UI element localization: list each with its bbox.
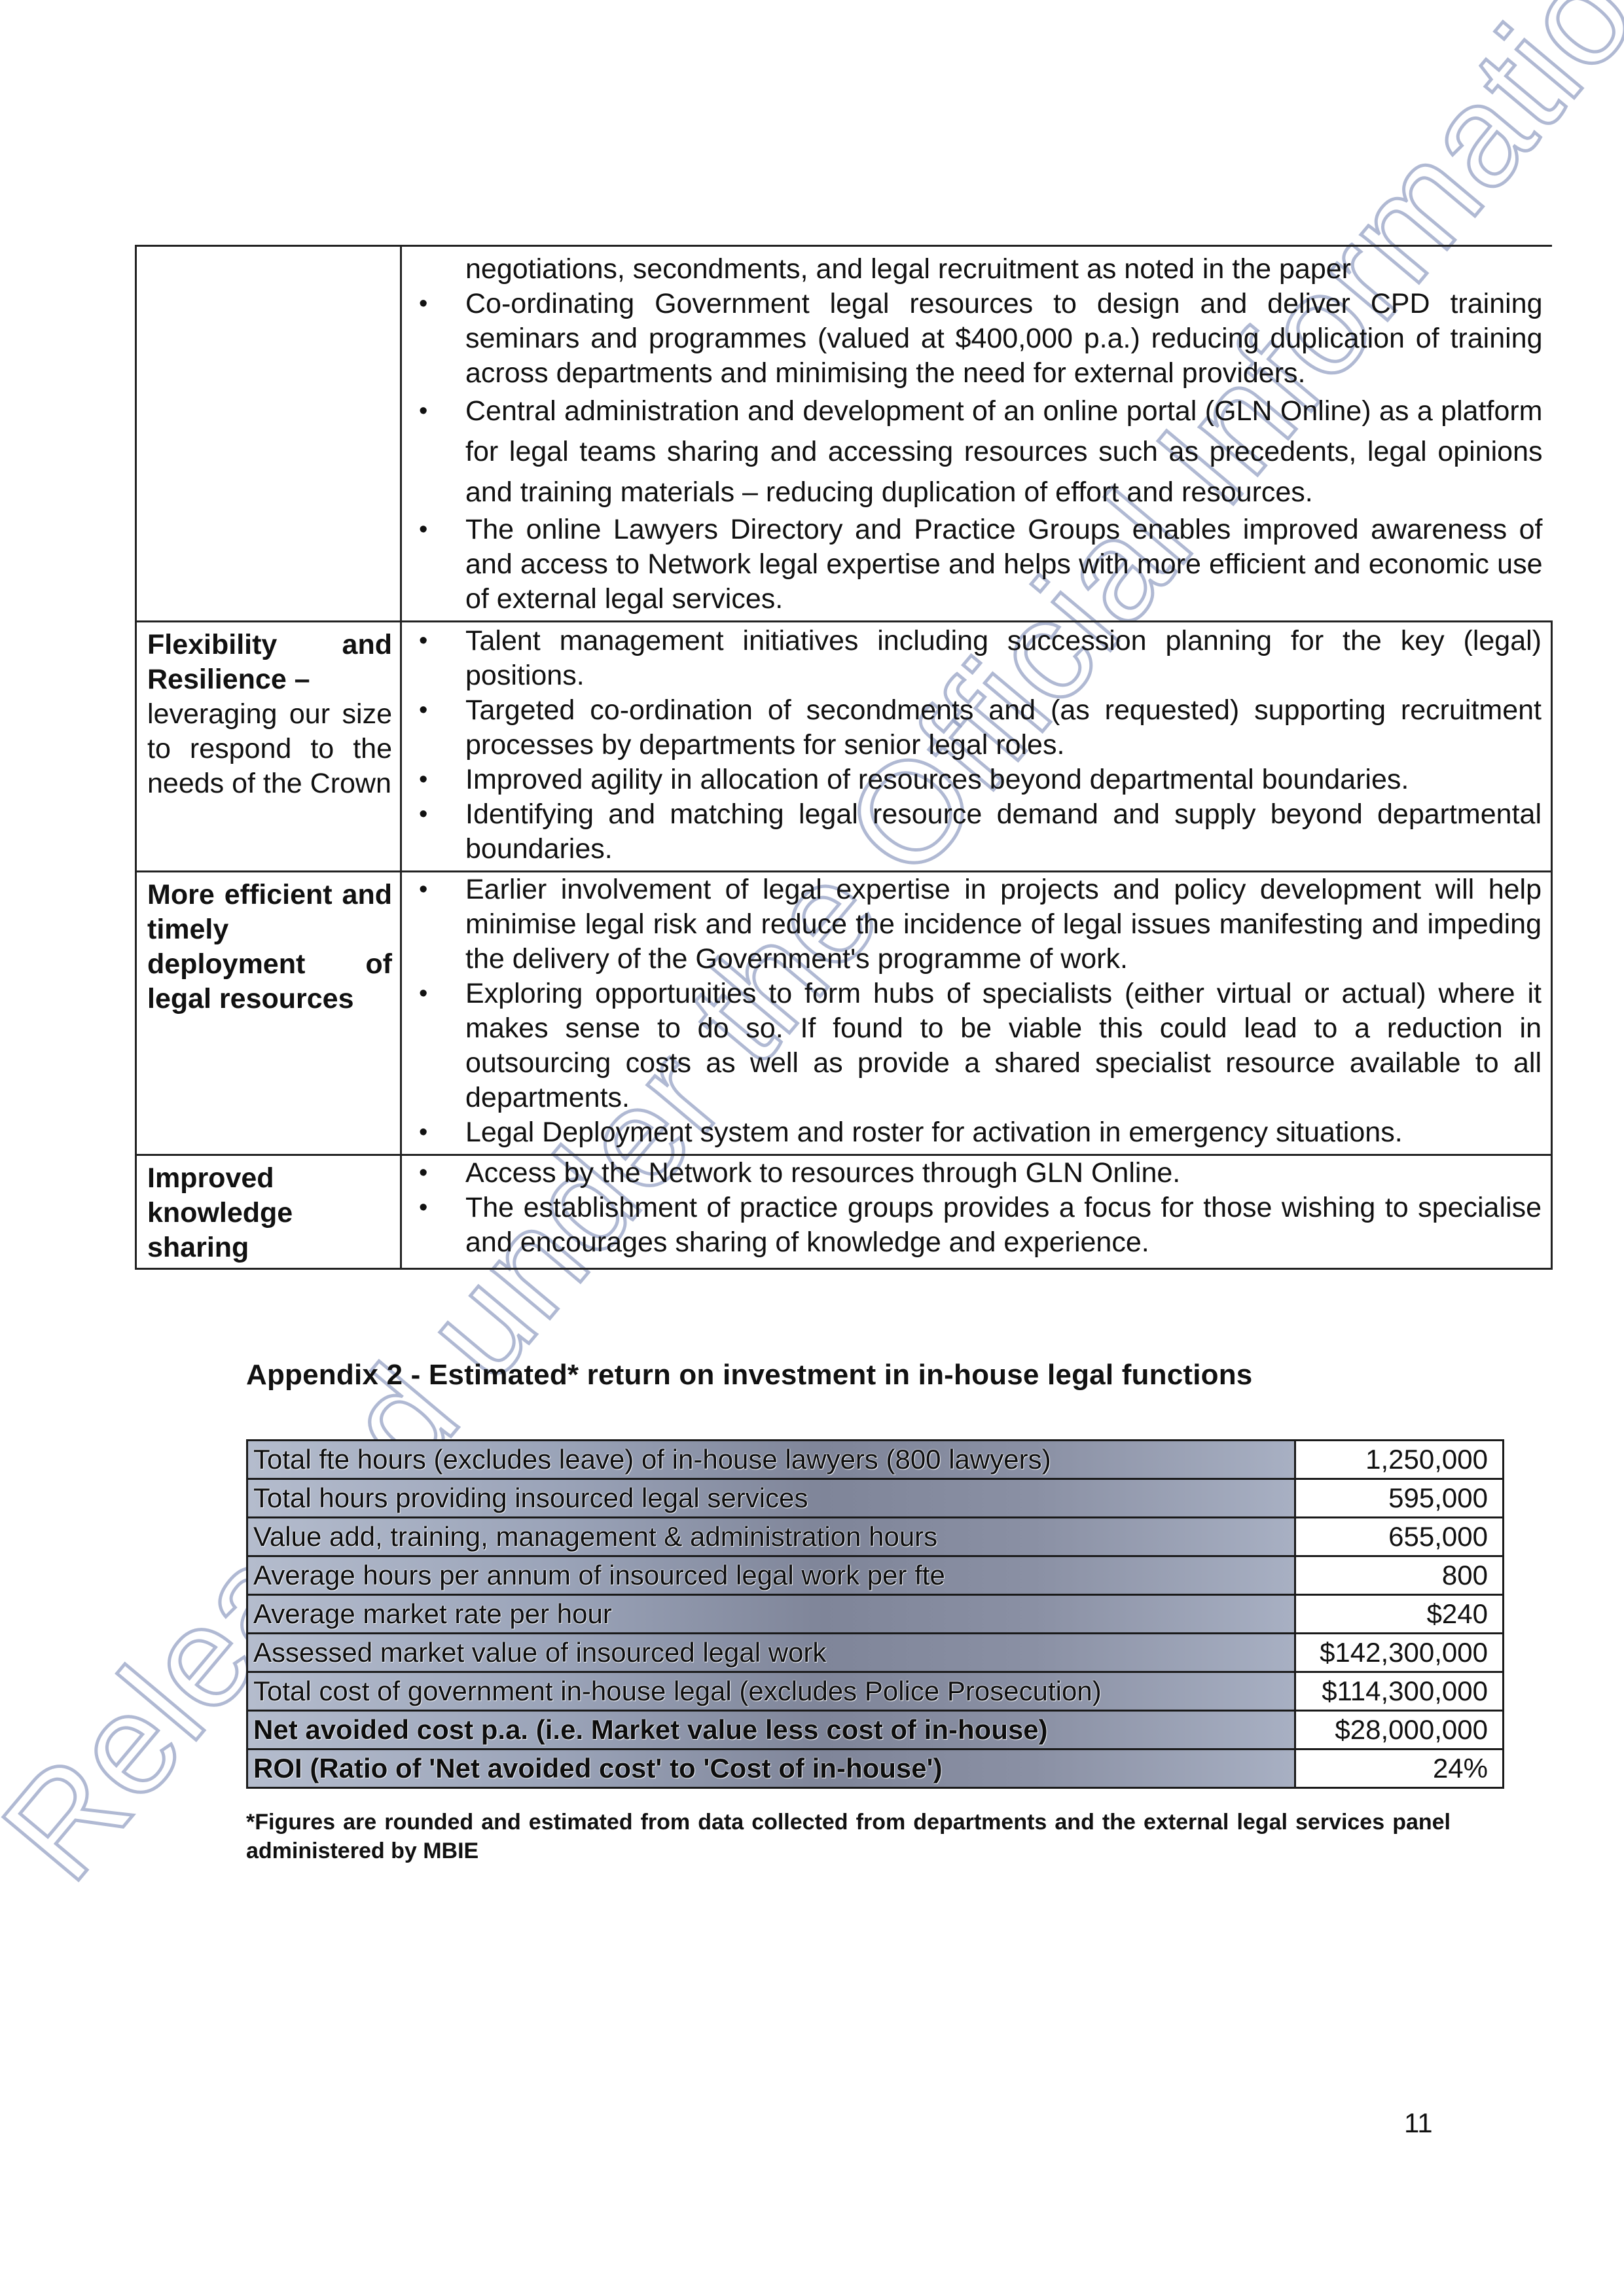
metric-value: 800 xyxy=(1295,1556,1504,1595)
list-item: •Talent management initiatives including… xyxy=(402,624,1542,693)
list-item: •The online Lawyers Directory and Practi… xyxy=(402,512,1543,617)
row-content-cell: •Access by the Network to resources thro… xyxy=(401,1155,1552,1269)
metric-value: 1,250,000 xyxy=(1295,1441,1504,1479)
bullet-list: •Co-ordinating Government legal resource… xyxy=(402,287,1543,617)
table-row: Total cost of government in-house legal … xyxy=(247,1672,1504,1711)
row-label-cell: Improved knowledge sharing xyxy=(136,1155,401,1269)
bullet-icon: • xyxy=(419,391,439,431)
table-row: Total hours providing insourced legal se… xyxy=(247,1479,1504,1518)
roi-table: Total fte hours (excludes leave) of in-h… xyxy=(246,1439,1504,1789)
table-row: ROI (Ratio of 'Net avoided cost' to 'Cos… xyxy=(247,1749,1504,1788)
bullet-list: •Access by the Network to resources thro… xyxy=(402,1156,1542,1260)
row-label-heading: Improved knowledge sharing xyxy=(147,1161,392,1265)
list-item-text: Legal Deployment system and roster for a… xyxy=(465,1117,1403,1148)
benefits-table: negotiations, secondments, and legal rec… xyxy=(135,245,1553,1270)
bullet-icon: • xyxy=(419,797,439,832)
metric-value: $240 xyxy=(1295,1595,1504,1634)
metric-label: Total cost of government in-house legal … xyxy=(247,1672,1295,1711)
continued-text: negotiations, secondments, and legal rec… xyxy=(402,247,1543,287)
list-item: •Legal Deployment system and roster for … xyxy=(402,1115,1542,1150)
metric-value: 655,000 xyxy=(1295,1518,1504,1556)
metric-value: 24% xyxy=(1295,1749,1504,1788)
table-row: negotiations, secondments, and legal rec… xyxy=(136,246,1552,622)
list-item-text: The online Lawyers Directory and Practic… xyxy=(465,514,1543,615)
bullet-icon: • xyxy=(419,287,439,321)
list-item: •Access by the Network to resources thro… xyxy=(402,1156,1542,1191)
table-row: Improved knowledge sharing •Access by th… xyxy=(136,1155,1552,1269)
metric-label: Net avoided cost p.a. (i.e. Market value… xyxy=(247,1711,1295,1749)
bullet-icon: • xyxy=(419,624,439,658)
row-label-heading: More efficient and timely deployment of … xyxy=(147,878,392,1016)
metric-label: Total fte hours (excludes leave) of in-h… xyxy=(247,1441,1295,1479)
list-item: •Improved agility in allocation of resou… xyxy=(402,762,1542,797)
metric-label: ROI (Ratio of 'Net avoided cost' to 'Cos… xyxy=(247,1749,1295,1788)
metric-label: Value add, training, management & admini… xyxy=(247,1518,1295,1556)
list-item-text: Central administration and development o… xyxy=(465,395,1543,508)
table-row: More efficient and timely deployment of … xyxy=(136,872,1552,1155)
metric-label: Total hours providing insourced legal se… xyxy=(247,1479,1295,1518)
list-item-text: Co-ordinating Government legal resources… xyxy=(465,288,1543,389)
list-item: •Identifying and matching legal resource… xyxy=(402,797,1542,867)
bullet-list: •Talent management initiatives including… xyxy=(402,622,1542,867)
list-item: •Co-ordinating Government legal resource… xyxy=(402,287,1543,391)
row-label-cell: More efficient and timely deployment of … xyxy=(136,872,401,1155)
bullet-icon: • xyxy=(419,762,439,797)
table-row: Assessed market value of insourced legal… xyxy=(247,1634,1504,1672)
list-item-text: The establishment of practice groups pro… xyxy=(465,1192,1542,1258)
list-item-text: Access by the Network to resources throu… xyxy=(465,1157,1180,1189)
row-content-cell: •Earlier involvement of legal expertise … xyxy=(401,872,1552,1155)
row-label-heading: Flexibility and Resilience – xyxy=(147,628,392,697)
list-item: •Central administration and development … xyxy=(402,391,1543,512)
metric-label: Average hours per annum of insourced leg… xyxy=(247,1556,1295,1595)
list-item-text: Talent management initiatives including … xyxy=(465,625,1542,691)
bullet-icon: • xyxy=(419,512,439,547)
table-row: Flexibility and Resilience – leveraging … xyxy=(136,622,1552,872)
list-item-text: Earlier involvement of legal expertise i… xyxy=(465,874,1542,975)
row-label-cell: Flexibility and Resilience – leveraging … xyxy=(136,622,401,872)
table-row: Net avoided cost p.a. (i.e. Market value… xyxy=(247,1711,1504,1749)
metric-value: $142,300,000 xyxy=(1295,1634,1504,1672)
page-number: 11 xyxy=(1404,2108,1433,2139)
table-row: Value add, training, management & admini… xyxy=(247,1518,1504,1556)
list-item-text: Identifying and matching legal resource … xyxy=(465,798,1542,865)
metric-label: Average market rate per hour xyxy=(247,1595,1295,1634)
list-item-text: Exploring opportunities to form hubs of … xyxy=(465,978,1542,1113)
list-item: •Exploring opportunities to form hubs of… xyxy=(402,977,1542,1115)
list-item: •The establishment of practice groups pr… xyxy=(402,1191,1542,1260)
footnote: *Figures are rounded and estimated from … xyxy=(246,1808,1451,1865)
metric-label: Assessed market value of insourced legal… xyxy=(247,1634,1295,1672)
bullet-icon: • xyxy=(419,1191,439,1225)
row-content-cell: •Talent management initiatives including… xyxy=(401,622,1552,872)
bullet-icon: • xyxy=(419,693,439,728)
bullet-icon: • xyxy=(419,1156,439,1191)
row-content-cell: negotiations, secondments, and legal rec… xyxy=(401,246,1552,622)
metric-value: $114,300,000 xyxy=(1295,1672,1504,1711)
list-item: •Earlier involvement of legal expertise … xyxy=(402,872,1542,977)
row-label-cell xyxy=(136,246,401,622)
table-row: Average market rate per hour$240 xyxy=(247,1595,1504,1634)
row-label-subtext: leveraging our size to respond to the ne… xyxy=(147,697,392,801)
table-row: Average hours per annum of insourced leg… xyxy=(247,1556,1504,1595)
metric-value: 595,000 xyxy=(1295,1479,1504,1518)
list-item-text: Improved agility in allocation of resour… xyxy=(465,764,1409,795)
bullet-icon: • xyxy=(419,977,439,1011)
list-item: •Targeted co-ordination of secondments a… xyxy=(402,693,1542,762)
appendix-heading: Appendix 2 - Estimated* return on invest… xyxy=(246,1359,1252,1391)
metric-value: $28,000,000 xyxy=(1295,1711,1504,1749)
bullet-icon: • xyxy=(419,1115,439,1150)
table-row: Total fte hours (excludes leave) of in-h… xyxy=(247,1441,1504,1479)
list-item-text: Targeted co-ordination of secondments an… xyxy=(465,694,1542,761)
bullet-list: •Earlier involvement of legal expertise … xyxy=(402,872,1542,1150)
bullet-icon: • xyxy=(419,872,439,907)
